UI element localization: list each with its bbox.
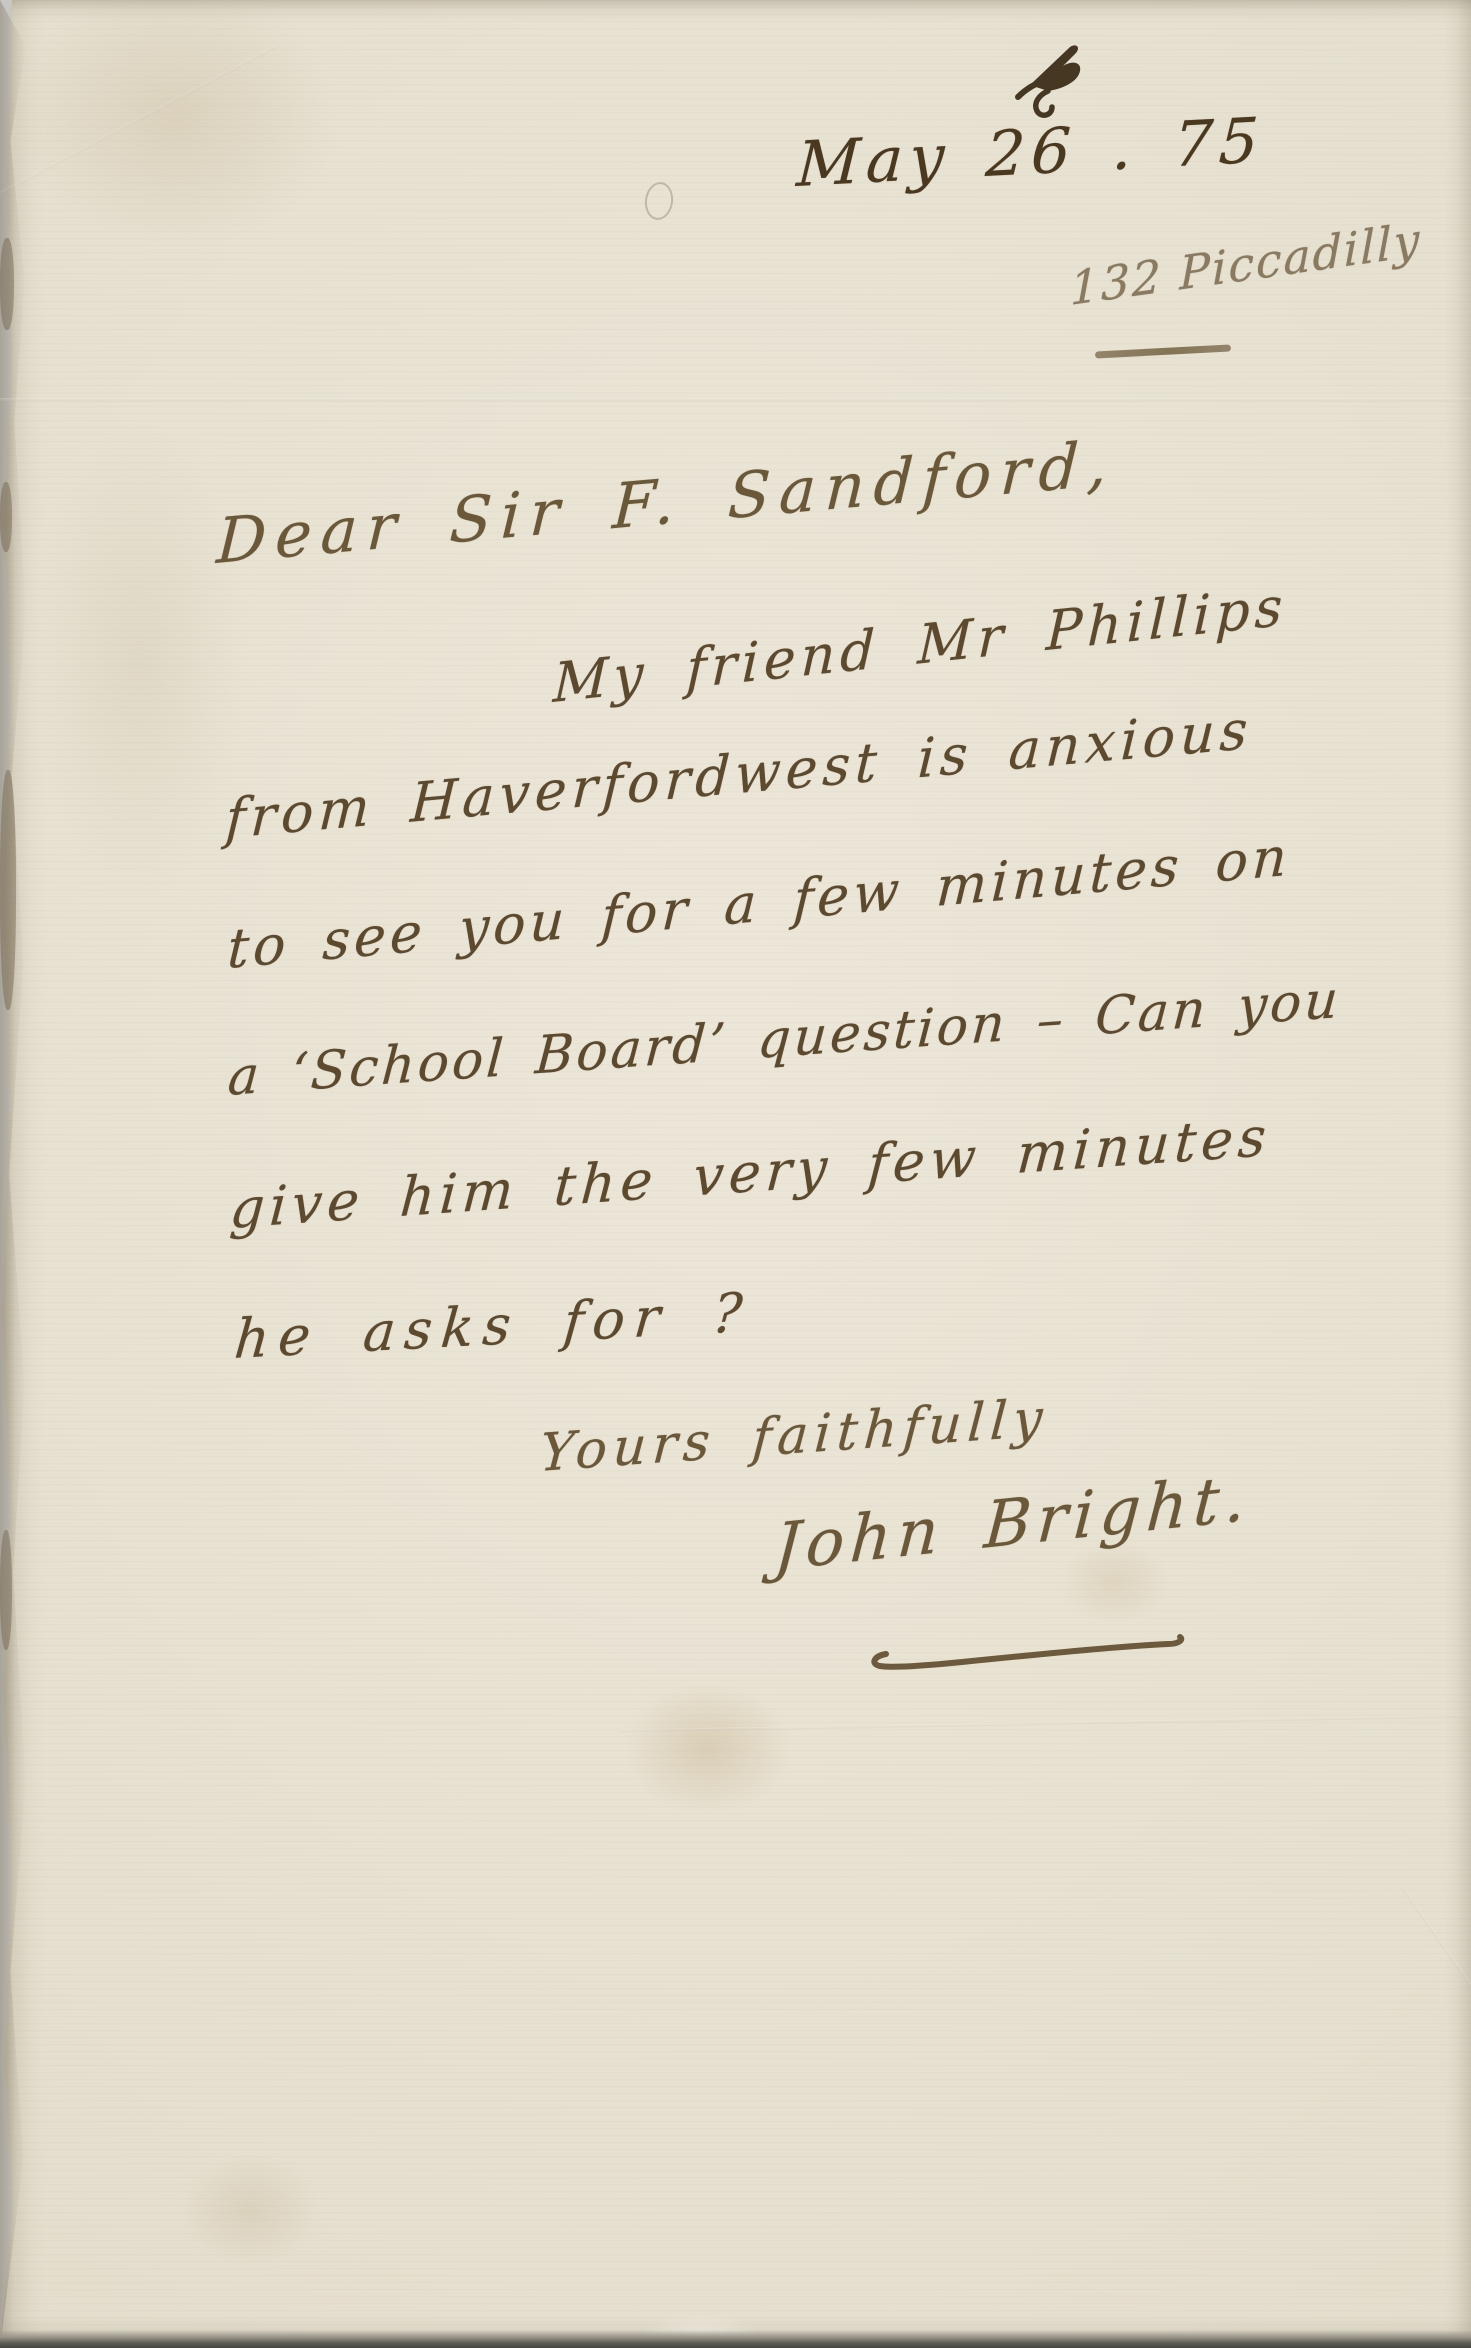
edge-stain bbox=[0, 770, 16, 1010]
edge-stain bbox=[0, 482, 12, 552]
edge-stain bbox=[0, 1530, 12, 1650]
signature-flourish bbox=[862, 1628, 1192, 1674]
scanner-bottom-strip bbox=[0, 2330, 1471, 2348]
scanned-letter: May 26 . 75 132 Piccadilly Dear Sir F. S… bbox=[0, 0, 1471, 2348]
ink-blot-mark bbox=[1000, 33, 1090, 123]
edge-stain bbox=[0, 238, 14, 330]
paper-crease bbox=[0, 398, 1471, 402]
